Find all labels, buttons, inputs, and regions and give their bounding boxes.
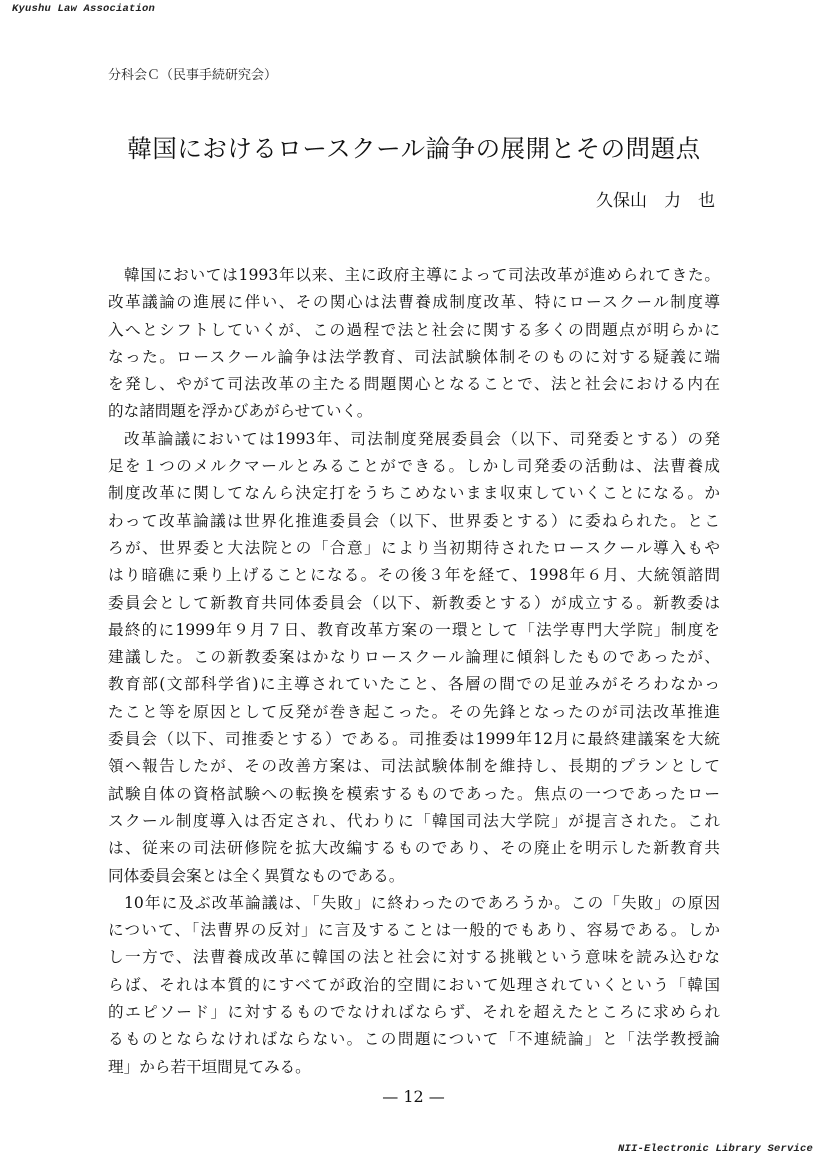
body-text-line: らば、それは本質的にすべてが政治的空間において処理されていくという「韓国 bbox=[108, 972, 720, 999]
body-text-line: 改革論議においては1993年、司法制度発展委員会（以下、司発委とする）の発 bbox=[108, 426, 720, 453]
body-text-line: 的な諸問題を浮かびあがらせていく。 bbox=[108, 398, 720, 425]
article-title: 韓国におけるロースクール論争の展開とその問題点 bbox=[108, 130, 720, 165]
body-text-line: なった。ロースクール論争は法学教育、司法試験体制そのものに対する疑義に端 bbox=[108, 344, 720, 371]
body-text-line: 教育部(文部科学省)に主導されていたこと、各層の間での足並みがそろわなかっ bbox=[108, 671, 720, 698]
body-text-line: 試験自体の資格試験への転換を模索するものであった。焦点の一つであったロー bbox=[108, 781, 720, 808]
body-text-line: 入へとシフトしていくが、この過程で法と社会に関する多くの問題点が明らかに bbox=[108, 317, 720, 344]
body-text-line: 委員会として新教育共同体委員会（以下、新教委とする）が成立する。新教委は bbox=[108, 590, 720, 617]
body-text-line: スクール制度導入は否定され、代わりに「韓国司法大学院」が提言された。これ bbox=[108, 808, 720, 835]
body-text-line: ろが、世界委と大法院との「合意」により当初期待されたロースクール導入もや bbox=[108, 535, 720, 562]
library-service-footer: NII-Electronic Library Service bbox=[618, 1143, 813, 1155]
body-text-line: を発し、やがて司法改革の主たる問題関心となることで、法と社会における内在 bbox=[108, 371, 720, 398]
body-text-line: 制度改革に関してなんら決定打をうちこめないまま収束していくことになる。か bbox=[108, 480, 720, 507]
body-text-line: 建議した。この新教委案はかなりロースクール論理に傾斜したものであったが、 bbox=[108, 644, 720, 671]
body-text-line: 的エピソード」に対するものでなければならず、それを超えたところに求められ bbox=[108, 999, 720, 1026]
body-text-line: わって改革論議は世界化推進委員会（以下、世界委とする）に委ねられた。とこ bbox=[108, 508, 720, 535]
body-text-line: 足を１つのメルクマールとみることができる。しかし司発委の活動は、法曹養成 bbox=[108, 453, 720, 480]
body-text-line: について、「法曹界の反対」に言及することは一般的でもあり、容易である。しか bbox=[108, 917, 720, 944]
body-text-line: はり暗礁に乗り上げることになる。その後３年を経て、1998年６月、大統領諮問 bbox=[108, 562, 720, 589]
body-text-line: 委員会（以下、司推委とする）である。司推委は1999年12月に最終建議案を大統 bbox=[108, 726, 720, 753]
body-text-line: るものとならなければならない。この問題について「不連続論」と「法学教授論 bbox=[108, 1026, 720, 1053]
body-text-line: 韓国においては1993年以来、主に政府主導によって司法改革が進められてきた。 bbox=[108, 262, 720, 289]
body-text-line: し一方で、法曹養成改革に韓国の法と社会に対する挑戦という意味を読み込むな bbox=[108, 944, 720, 971]
body-text-line: 理」から若干垣間見てみる。 bbox=[108, 1054, 720, 1081]
body-text-line: は、従来の司法研修院を拡大改編するものであり、その廃止を明示した新教育共 bbox=[108, 835, 720, 862]
article-body: 韓国においては1993年以来、主に政府主導によって司法改革が進められてきた。改革… bbox=[108, 262, 720, 1081]
publisher-header: Kyushu Law Association bbox=[12, 3, 155, 15]
body-text-line: 改革議論の進展に伴い、その関心は法曹養成制度改革、特にロースクール制度導 bbox=[108, 289, 720, 316]
page-number: — 12 — bbox=[0, 1087, 827, 1106]
body-text-line: 10年に及ぶ改革論議は、「失敗」に終わったのであろうか。この「失敗」の原因 bbox=[108, 890, 720, 917]
section-label: 分科会Ｃ（民事手続研究会） bbox=[108, 64, 277, 83]
body-text-line: 最終的に1999年９月７日、教育改革方案の一環として「法学専門大学院」制度を bbox=[108, 617, 720, 644]
body-text-line: たこと等を原因として反発が巻き起こった。その先鋒となったのが司法改革推進 bbox=[108, 699, 720, 726]
body-text-line: 領へ報告したが、その改善方案は、司法試験体制を維持し、長期的プランとして bbox=[108, 753, 720, 780]
author-name: 久保山 力 也 bbox=[596, 186, 715, 211]
body-text-line: 同体委員会案とは全く異質なものである。 bbox=[108, 863, 720, 890]
